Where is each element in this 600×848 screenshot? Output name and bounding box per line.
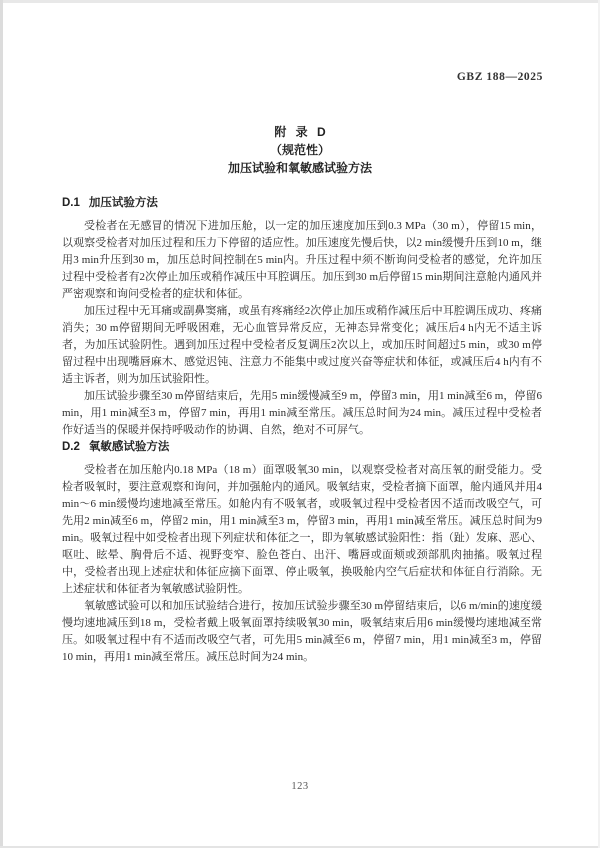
paragraph: 受检者在无感冒的情况下进加压舱，以一定的加压速度加压到0.3 MPa（30 m）…: [62, 218, 542, 303]
page-number: 123: [0, 781, 600, 792]
section-heading-d2: D.2氧敏感试验方法: [62, 439, 542, 456]
document-page: GBZ 188—2025 附 录 D （规范性） 加压试验和氧敏感试验方法 D.…: [0, 0, 600, 848]
appendix-title-block: 附 录 D （规范性） 加压试验和氧敏感试验方法: [0, 123, 600, 177]
scan-edge-top: [0, 0, 600, 3]
paragraph: 加压试验步骤至30 m停留结束后，先用5 min缓慢减至9 m，停留3 min，…: [62, 388, 542, 439]
paragraph: 加压过程中无耳痛或副鼻窦痛，或虽有疼痛经2次停止加压或稍作减压后中耳腔调压成功、…: [62, 303, 542, 388]
section-title: 加压试验方法: [89, 197, 158, 209]
appendix-subtitle: 加压试验和氧敏感试验方法: [0, 159, 600, 177]
section-title: 氧敏感试验方法: [89, 441, 170, 453]
appendix-title: 附 录 D: [0, 123, 600, 141]
normative-label: （规范性）: [0, 141, 600, 159]
section-heading-d1: D.1加压试验方法: [62, 195, 542, 212]
document-body: D.1加压试验方法 受检者在无感冒的情况下进加压舱，以一定的加压速度加压到0.3…: [62, 195, 542, 666]
section-number: D.1: [62, 197, 80, 209]
paragraph: 受检者在加压舱内0.18 MPa（18 m）面罩吸氧30 min，以观察受检者对…: [62, 462, 542, 598]
paragraph: 氧敏感试验可以和加压试验结合进行，按加压试验步骤至30 m停留结束后，以6 m/…: [62, 598, 542, 666]
section-number: D.2: [62, 441, 80, 453]
running-head-standard-number: GBZ 188—2025: [457, 71, 543, 83]
